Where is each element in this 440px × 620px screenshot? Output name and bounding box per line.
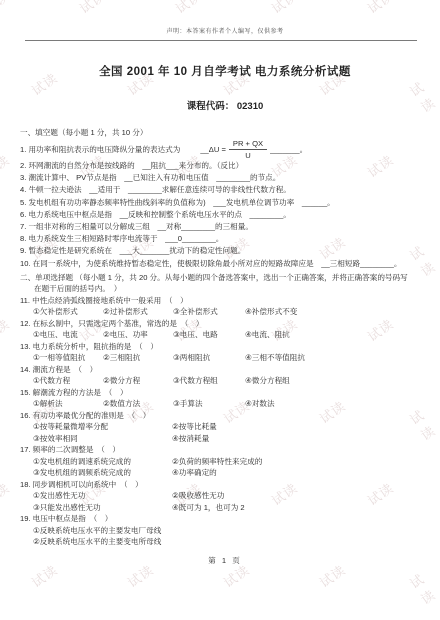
option-item: ③两相阻抗 <box>173 352 245 364</box>
question-stem: 13. 电力系统分析中，阻抗指的是 （ ） <box>20 341 430 353</box>
question-stem: 17. 频率的二次调整是 （ ） <box>20 444 430 456</box>
mc-question-19: 19. 电压中枢点是指 （ ） ①反映系统电压水平的主要发电厂母线 ②反映系统电… <box>20 513 430 548</box>
fraction-numerator: PR + QX <box>229 139 267 150</box>
fill-question-4: 4. 牛顿一拉夫逊法 __适用于 ________求解任意连续可导的非线性代数方… <box>20 184 430 196</box>
option-item: ②电压、功率 <box>103 329 173 341</box>
header-divider <box>25 40 417 41</box>
option-item: ②微分方程 <box>103 375 173 387</box>
option-item: ①解析法 <box>33 398 103 410</box>
option-item: ④补偿形式不变 <box>245 306 430 318</box>
fill-question-2: 2. 环网潮流的自然分布是按线路的 __阻抗___来分布的。（反比） <box>20 160 430 172</box>
exam-page: 试读试读试读试读试读试读试读试读试读试读试读试读试读试读试读试读试读试读试读试读… <box>0 0 440 620</box>
option-item: ②吸收感性无功 <box>172 490 430 502</box>
option-item: ③手算法 <box>173 398 245 410</box>
page-title: 全国 2001 年 10 月自学考试 电力系统分析试题 <box>20 63 430 79</box>
option-item: ②反映系统电压水平的主要变电所母线 <box>33 536 430 548</box>
option-item: ①一相等值阻抗 <box>33 352 103 364</box>
fill-question-5: 5. 发电机组有功功率静态频率特性曲线斜率的负值称为) ___发电机单位调节功率… <box>20 197 430 209</box>
option-item: ①反映系统电压水平的主要发电厂母线 <box>33 525 430 537</box>
option-item: ①欠补偿形式 <box>33 306 103 318</box>
option-item: ③代数方程组 <box>173 375 245 387</box>
fill-question-1: 1. 用功率和阻抗表示的电压降纵分量的表达式为 __ΔU = PR + QX U… <box>20 139 430 160</box>
options-row: ①解析法 ②数值方法 ③手算法 ④对数法 <box>20 398 430 410</box>
option-item: ④对数法 <box>245 398 430 410</box>
options-row: ①发电机组的调速系统完成的 ②负荷的频率特性来完成的 ③发电机组的调频系统完成的… <box>20 456 430 479</box>
mc-question-11: 11. 中性点经消弧线圈接地系统中一般采用 （ ） ①欠补偿形式 ②过补偿形式 … <box>20 295 430 318</box>
options-row: ①发出感性无功 ②吸收感性无功 ③只能发出感性无功 ④既可为 1，也可为 2 <box>20 490 430 513</box>
page-content: 声明：本答案有作者个人编写，仅供参考 全国 2001 年 10 月自学考试 电力… <box>0 0 440 566</box>
formula-fraction: PR + QX U <box>229 139 267 160</box>
question-stem: 12. 在标幺制中，只需选定两个基准，常选的是 （ ） <box>20 318 430 330</box>
question-stem: 16. 有功功率最优分配的准则是 （ ） <box>20 410 430 422</box>
options-row: ①代数方程 ②微分方程 ③代数方程组 ④微分方程组 <box>20 375 430 387</box>
question-stem: 11. 中性点经消弧线圈接地系统中一般采用 （ ） <box>20 295 430 307</box>
options-column: ①反映系统电压水平的主要发电厂母线 ②反映系统电压水平的主要变电所母线 <box>20 525 430 548</box>
option-item: ①按等耗量微增率分配 <box>33 421 172 433</box>
course-code: 课程代码： 02310 <box>20 98 430 112</box>
option-item: ①发出感性无功 <box>33 490 172 502</box>
fill-question-7: 7. 一组非对称的三相量可以分解成三组 __对称________的三相量。 <box>20 221 430 233</box>
mc-question-17: 17. 频率的二次调整是 （ ） ①发电机组的调速系统完成的 ②负荷的频率特性来… <box>20 444 430 479</box>
mc-question-16: 16. 有功功率最优分配的准则是 （ ） ①按等耗量微增率分配 ②按等比耗量 ③… <box>20 410 430 445</box>
fill-question-10: 10. 在同一系统中，为使系统维持暂态稳定性，使极限切除角最小所对应的短路故障应… <box>20 258 430 270</box>
option-item: ④按消耗量 <box>172 433 430 445</box>
section1-heading: 一、填空题（每小题 1 分，共 10 分） <box>20 127 430 139</box>
fill-question-6: 6. 电力系统电压中枢点是指 __反映和控制整个系统电压水平的点 _______… <box>20 209 430 221</box>
fill-question-9: 9. 暂态稳定性是研究系统在 ___大_______扰动下的稳定性问题。 <box>20 245 430 257</box>
option-item: ③只能发出感性无功 <box>33 502 172 514</box>
page-footer: 第 1 页 <box>20 555 430 566</box>
mc-question-15: 15. 解潮流方程的方法是 （ ） ①解析法 ②数值方法 ③手算法 ④对数法 <box>20 387 430 410</box>
section2-heading-line1: 二、单项选择题 （每小题 1 分，共 20 分。从每小题的四个备选答案中，选出一… <box>20 272 430 284</box>
option-item: ②三相阻抗 <box>103 352 173 364</box>
option-item: ③全补偿形式 <box>173 306 245 318</box>
option-item: ②负荷的频率特性来完成的 <box>172 456 430 468</box>
option-item: ③电压、电路 <box>173 329 245 341</box>
watermark-text: 试读 <box>405 562 440 608</box>
option-item: ②按等比耗量 <box>172 421 430 433</box>
q1-prefix: 1. 用功率和阻抗表示的电压降纵分量的表达式为 <box>20 144 180 155</box>
option-item: ④既可为 1，也可为 2 <box>172 502 430 514</box>
option-item: ④功率确定的 <box>172 467 430 479</box>
question-stem: 14. 潮流方程是 （ ） <box>20 364 430 376</box>
option-item: ②数值方法 <box>103 398 173 410</box>
option-item: ①电压、电流 <box>33 329 103 341</box>
question-stem: 19. 电压中枢点是指 （ ） <box>20 513 430 525</box>
fill-question-8: 8. 电力系统发生三相短路时零序电流等于 ___0________。 <box>20 233 430 245</box>
options-row: ①按等耗量微增率分配 ②按等比耗量 ③按效率相同 ④按消耗量 <box>20 421 430 444</box>
mc-question-18: 18. 同步调相机可以向系统中 （ ） ①发出感性无功 ②吸收感性无功 ③只能发… <box>20 479 430 514</box>
section2-heading-line2: 在题干后面的括号内。 ） <box>20 283 430 295</box>
option-item: ④电流、阻抗 <box>245 329 430 341</box>
q1-suffix: _______。 <box>270 144 307 155</box>
fill-question-3: 3. 潮流计算中、 PV节点是指 __已知注入有功和电压值 ________的节… <box>20 172 430 184</box>
question-stem: 15. 解潮流方程的方法是 （ ） <box>20 387 430 399</box>
option-item: ①代数方程 <box>33 375 103 387</box>
mc-question-13: 13. 电力系统分析中，阻抗指的是 （ ） ①一相等值阻抗 ②三相阻抗 ③两相阻… <box>20 341 430 364</box>
options-row: ①电压、电流 ②电压、功率 ③电压、电路 ④电流、阻抗 <box>20 329 430 341</box>
option-item: ②过补偿形式 <box>103 306 173 318</box>
option-item: ①发电机组的调速系统完成的 <box>33 456 172 468</box>
option-item: ③发电机组的调频系统完成的 <box>33 467 172 479</box>
mc-question-12: 12. 在标幺制中，只需选定两个基准，常选的是 （ ） ①电压、电流 ②电压、功… <box>20 318 430 341</box>
option-item: ④三相不等值阻抗 <box>245 352 430 364</box>
declaration-text: 声明：本答案有作者个人编写，仅供参考 <box>20 26 430 35</box>
fraction-denominator: U <box>229 150 267 160</box>
option-item: ③按效率相同 <box>33 433 172 445</box>
options-row: ①一相等值阻抗 ②三相阻抗 ③两相阻抗 ④三相不等值阻抗 <box>20 352 430 364</box>
question-stem: 18. 同步调相机可以向系统中 （ ） <box>20 479 430 491</box>
option-item: ④微分方程组 <box>245 375 430 387</box>
options-row: ①欠补偿形式 ②过补偿形式 ③全补偿形式 ④补偿形式不变 <box>20 306 430 318</box>
mc-question-14: 14. 潮流方程是 （ ） ①代数方程 ②微分方程 ③代数方程组 ④微分方程组 <box>20 364 430 387</box>
q1-blank-lead: __ΔU = <box>200 145 226 154</box>
